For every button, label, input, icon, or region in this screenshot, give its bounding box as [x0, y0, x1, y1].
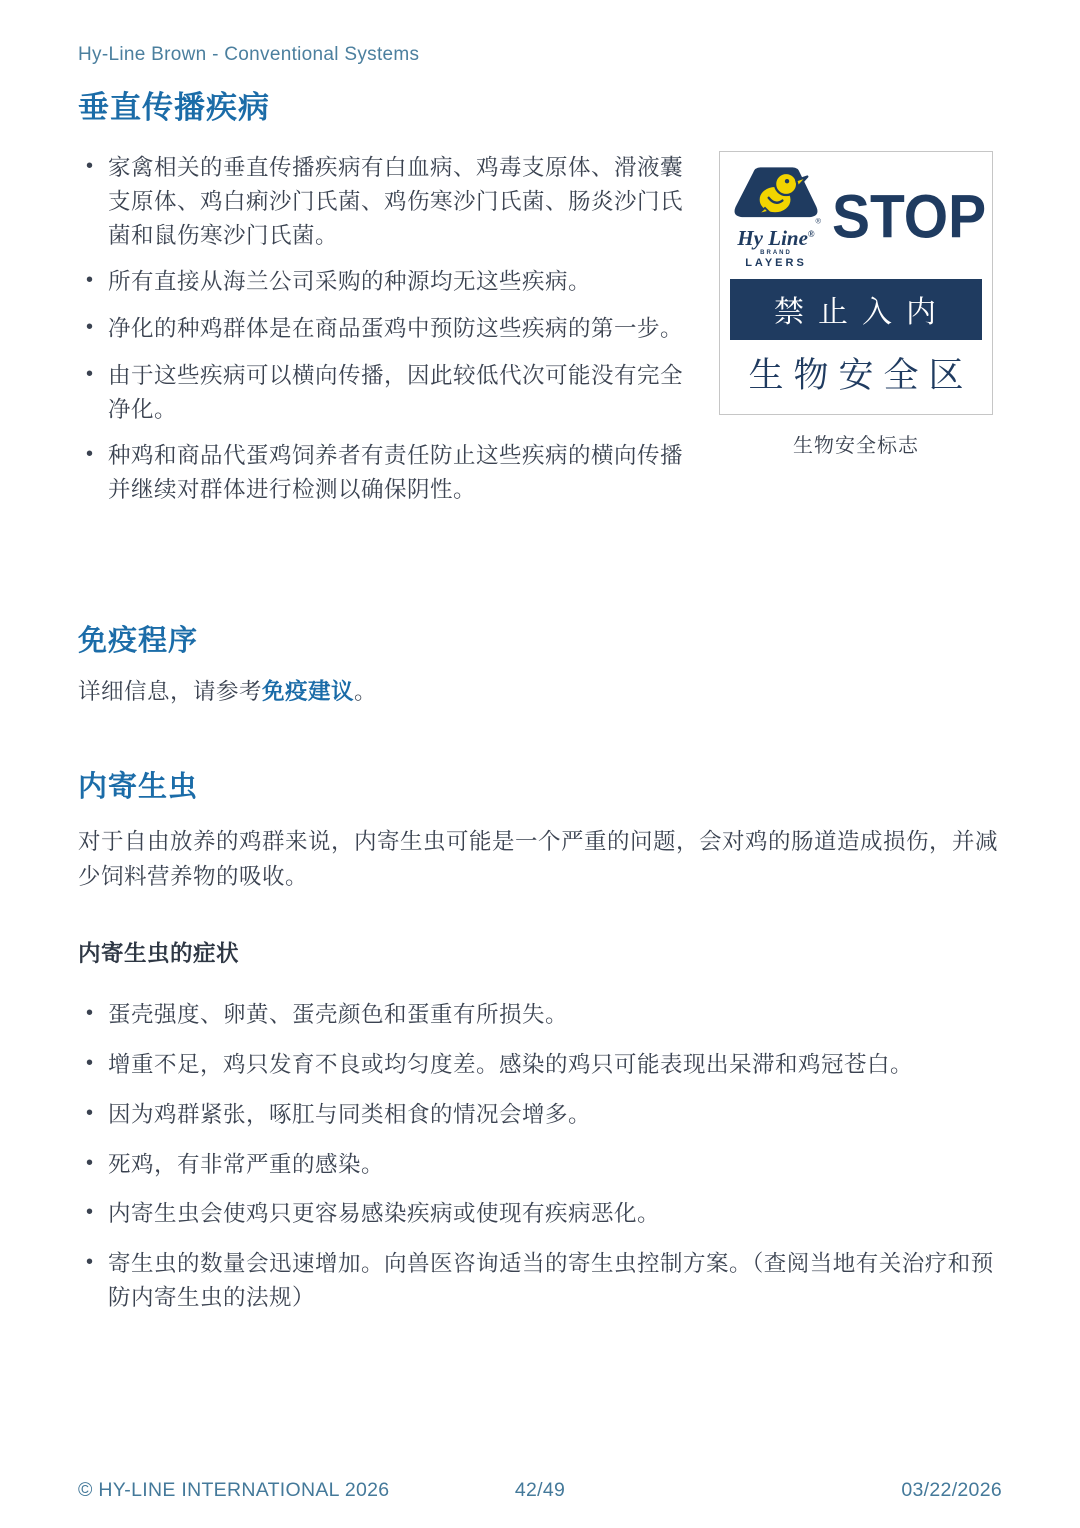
hyline-chick-icon: ® — [730, 164, 822, 226]
footer-page-number: 42/49 — [515, 1479, 565, 1502]
list-item: 寄生虫的数量会迅速增加。向兽医咨询适当的寄生虫控制方案。（查阅当地有关治疗和预防… — [78, 1247, 1002, 1315]
hyline-logo-wordmark: Hy Line® — [737, 228, 814, 249]
hyline-logo-layers-label: LAYERS — [745, 258, 807, 269]
immunization-paragraph: 详细信息，请参考免疫建议。 — [78, 675, 1002, 710]
immunization-text-suffix: 。 — [354, 679, 377, 704]
stop-label: STOP — [832, 181, 986, 252]
vertical-diseases-bullet-list: 家禽相关的垂直传播疾病有白血病、鸡毒支原体、滑液囊支原体、鸡白痢沙门氏菌、鸡伤寒… — [78, 151, 686, 507]
list-item: 由于这些疾病可以横向传播，因此较低代次可能没有完全净化。 — [78, 359, 686, 427]
document-header: Hy-Line Brown - Conventional Systems — [78, 44, 1002, 66]
list-item: 内寄生虫会使鸡只更容易感染疾病或使现有疾病恶化。 — [78, 1197, 1002, 1231]
list-item: 因为鸡群紧张，啄肛与同类相食的情况会增多。 — [78, 1098, 1002, 1132]
no-entry-banner: 禁止入内 — [730, 279, 982, 340]
list-item: 蛋壳强度、卵黄、蛋壳颜色和蛋重有所损失。 — [78, 998, 1002, 1032]
svg-text:®: ® — [816, 217, 822, 226]
parasites-symptoms-subtitle: 内寄生虫的症状 — [78, 936, 1002, 968]
list-item: 死鸡，有非常严重的感染。 — [78, 1148, 1002, 1182]
section-title-immunization: 免疫程序 — [78, 618, 1002, 659]
hyline-logo-brand-label: BRAND — [760, 250, 792, 256]
biosecurity-sign-image: ® Hy Line® BRAND LAYERS STOP 禁止入内 生物安全区 — [719, 151, 993, 415]
document-page: Hy-Line Brown - Conventional Systems 垂直传… — [0, 0, 1080, 1315]
hyline-logo: ® Hy Line® BRAND LAYERS — [730, 164, 822, 269]
document-footer: © HY-LINE INTERNATIONAL 2026 42/49 03/22… — [78, 1479, 1002, 1502]
section-title-vertical-diseases: 垂直传播疾病 — [78, 82, 1002, 127]
list-item: 增重不足，鸡只发育不良或均匀度差。感染的鸡只可能表现出呆滞和鸡冠苍白。 — [78, 1048, 1002, 1082]
list-item: 净化的种鸡群体是在商品蛋鸡中预防这些疾病的第一步。 — [78, 312, 686, 346]
sign-caption: 生物安全标志 — [793, 429, 919, 458]
biosecurity-zone-label: 生物安全区 — [730, 348, 982, 398]
parasites-intro-paragraph: 对于自由放养的鸡群来说，内寄生虫可能是一个严重的问题，会对鸡的肠道造成损伤，并减… — [78, 825, 1002, 895]
vertical-diseases-content: 家禽相关的垂直传播疾病有白血病、鸡毒支原体、滑液囊支原体、鸡白痢沙门氏菌、鸡伤寒… — [78, 151, 686, 520]
parasites-symptoms-bullet-list: 蛋壳强度、卵黄、蛋壳颜色和蛋重有所损失。 增重不足，鸡只发育不良或均匀度差。感染… — [78, 998, 1002, 1314]
list-item: 家禽相关的垂直传播疾病有白血病、鸡毒支原体、滑液囊支原体、鸡白痢沙门氏菌、鸡伤寒… — [78, 151, 686, 252]
immunization-recommendations-link[interactable]: 免疫建议 — [262, 679, 354, 704]
immunization-text-prefix: 详细信息，请参考 — [78, 679, 262, 704]
list-item: 种鸡和商品代蛋鸡饲养者有责任防止这些疾病的横向传播并继续对群体进行检测以确保阴性… — [78, 439, 686, 507]
list-item: 所有直接从海兰公司采购的种源均无这些疾病。 — [78, 265, 686, 299]
section-title-parasites: 内寄生虫 — [78, 764, 1002, 805]
footer-date: 03/22/2026 — [565, 1479, 1002, 1502]
footer-copyright: © HY-LINE INTERNATIONAL 2026 — [78, 1479, 515, 1502]
